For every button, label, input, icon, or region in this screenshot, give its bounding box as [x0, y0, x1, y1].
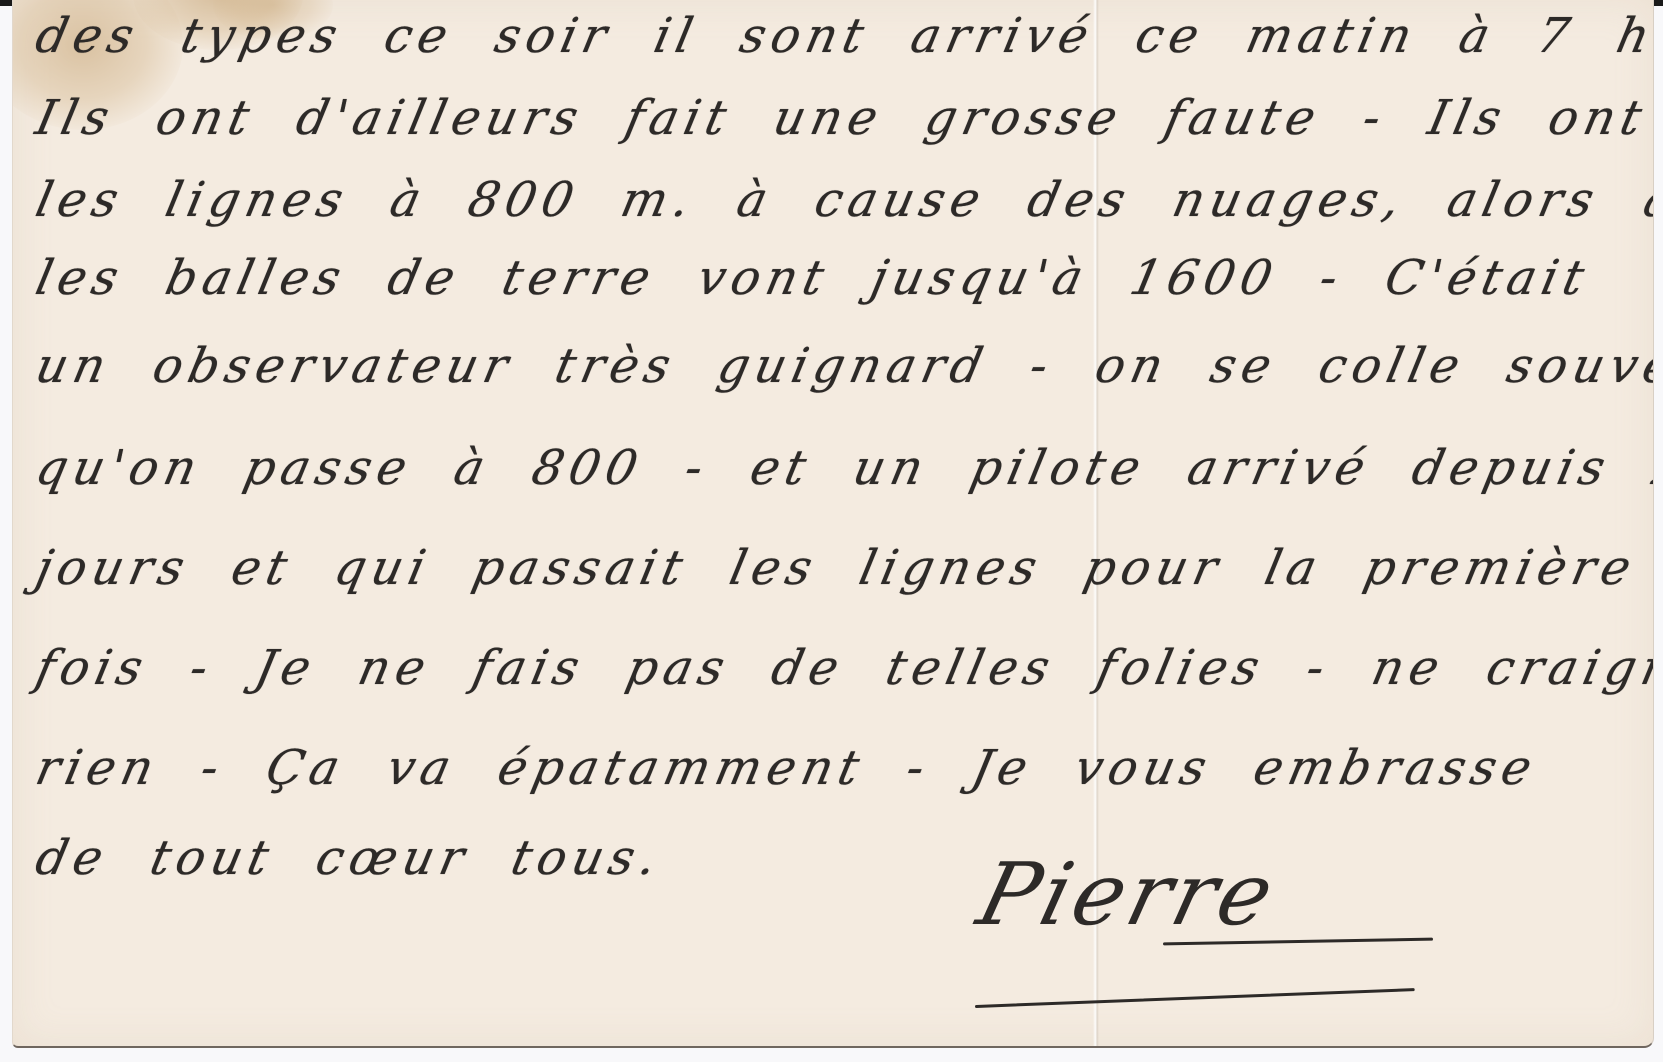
signature-underline	[975, 988, 1415, 1008]
handwritten-line-5: un observateur très guignard - on se col…	[31, 338, 1654, 394]
postcard: des types ce soir il sont arrivé ce mati…	[12, 0, 1654, 1048]
handwritten-line-6: qu'on passe à 800 - et un pilote arrivé …	[31, 440, 1654, 496]
handwritten-line-2: Ils ont d'ailleurs fait une grosse faute…	[31, 90, 1654, 146]
handwritten-line-3: les lignes à 800 m. à cause des nuages, …	[31, 172, 1654, 228]
handwritten-line-8: fois - Je ne fais pas de telles folies -…	[31, 640, 1654, 696]
handwritten-line-10: de tout cœur tous.	[31, 830, 667, 886]
handwritten-line-1: des types ce soir il sont arrivé ce mati…	[31, 8, 1654, 64]
handwritten-line-7: jours et qui passait les lignes pour la …	[31, 540, 1642, 596]
scanned-page: des types ce soir il sont arrivé ce mati…	[0, 0, 1663, 1062]
handwritten-line-9: rien - Ça va épatamment - Je vous embras…	[31, 740, 1542, 796]
signature: Pierre	[969, 845, 1287, 945]
handwritten-line-4: les balles de terre vont jusqu'à 1600 - …	[31, 250, 1595, 306]
